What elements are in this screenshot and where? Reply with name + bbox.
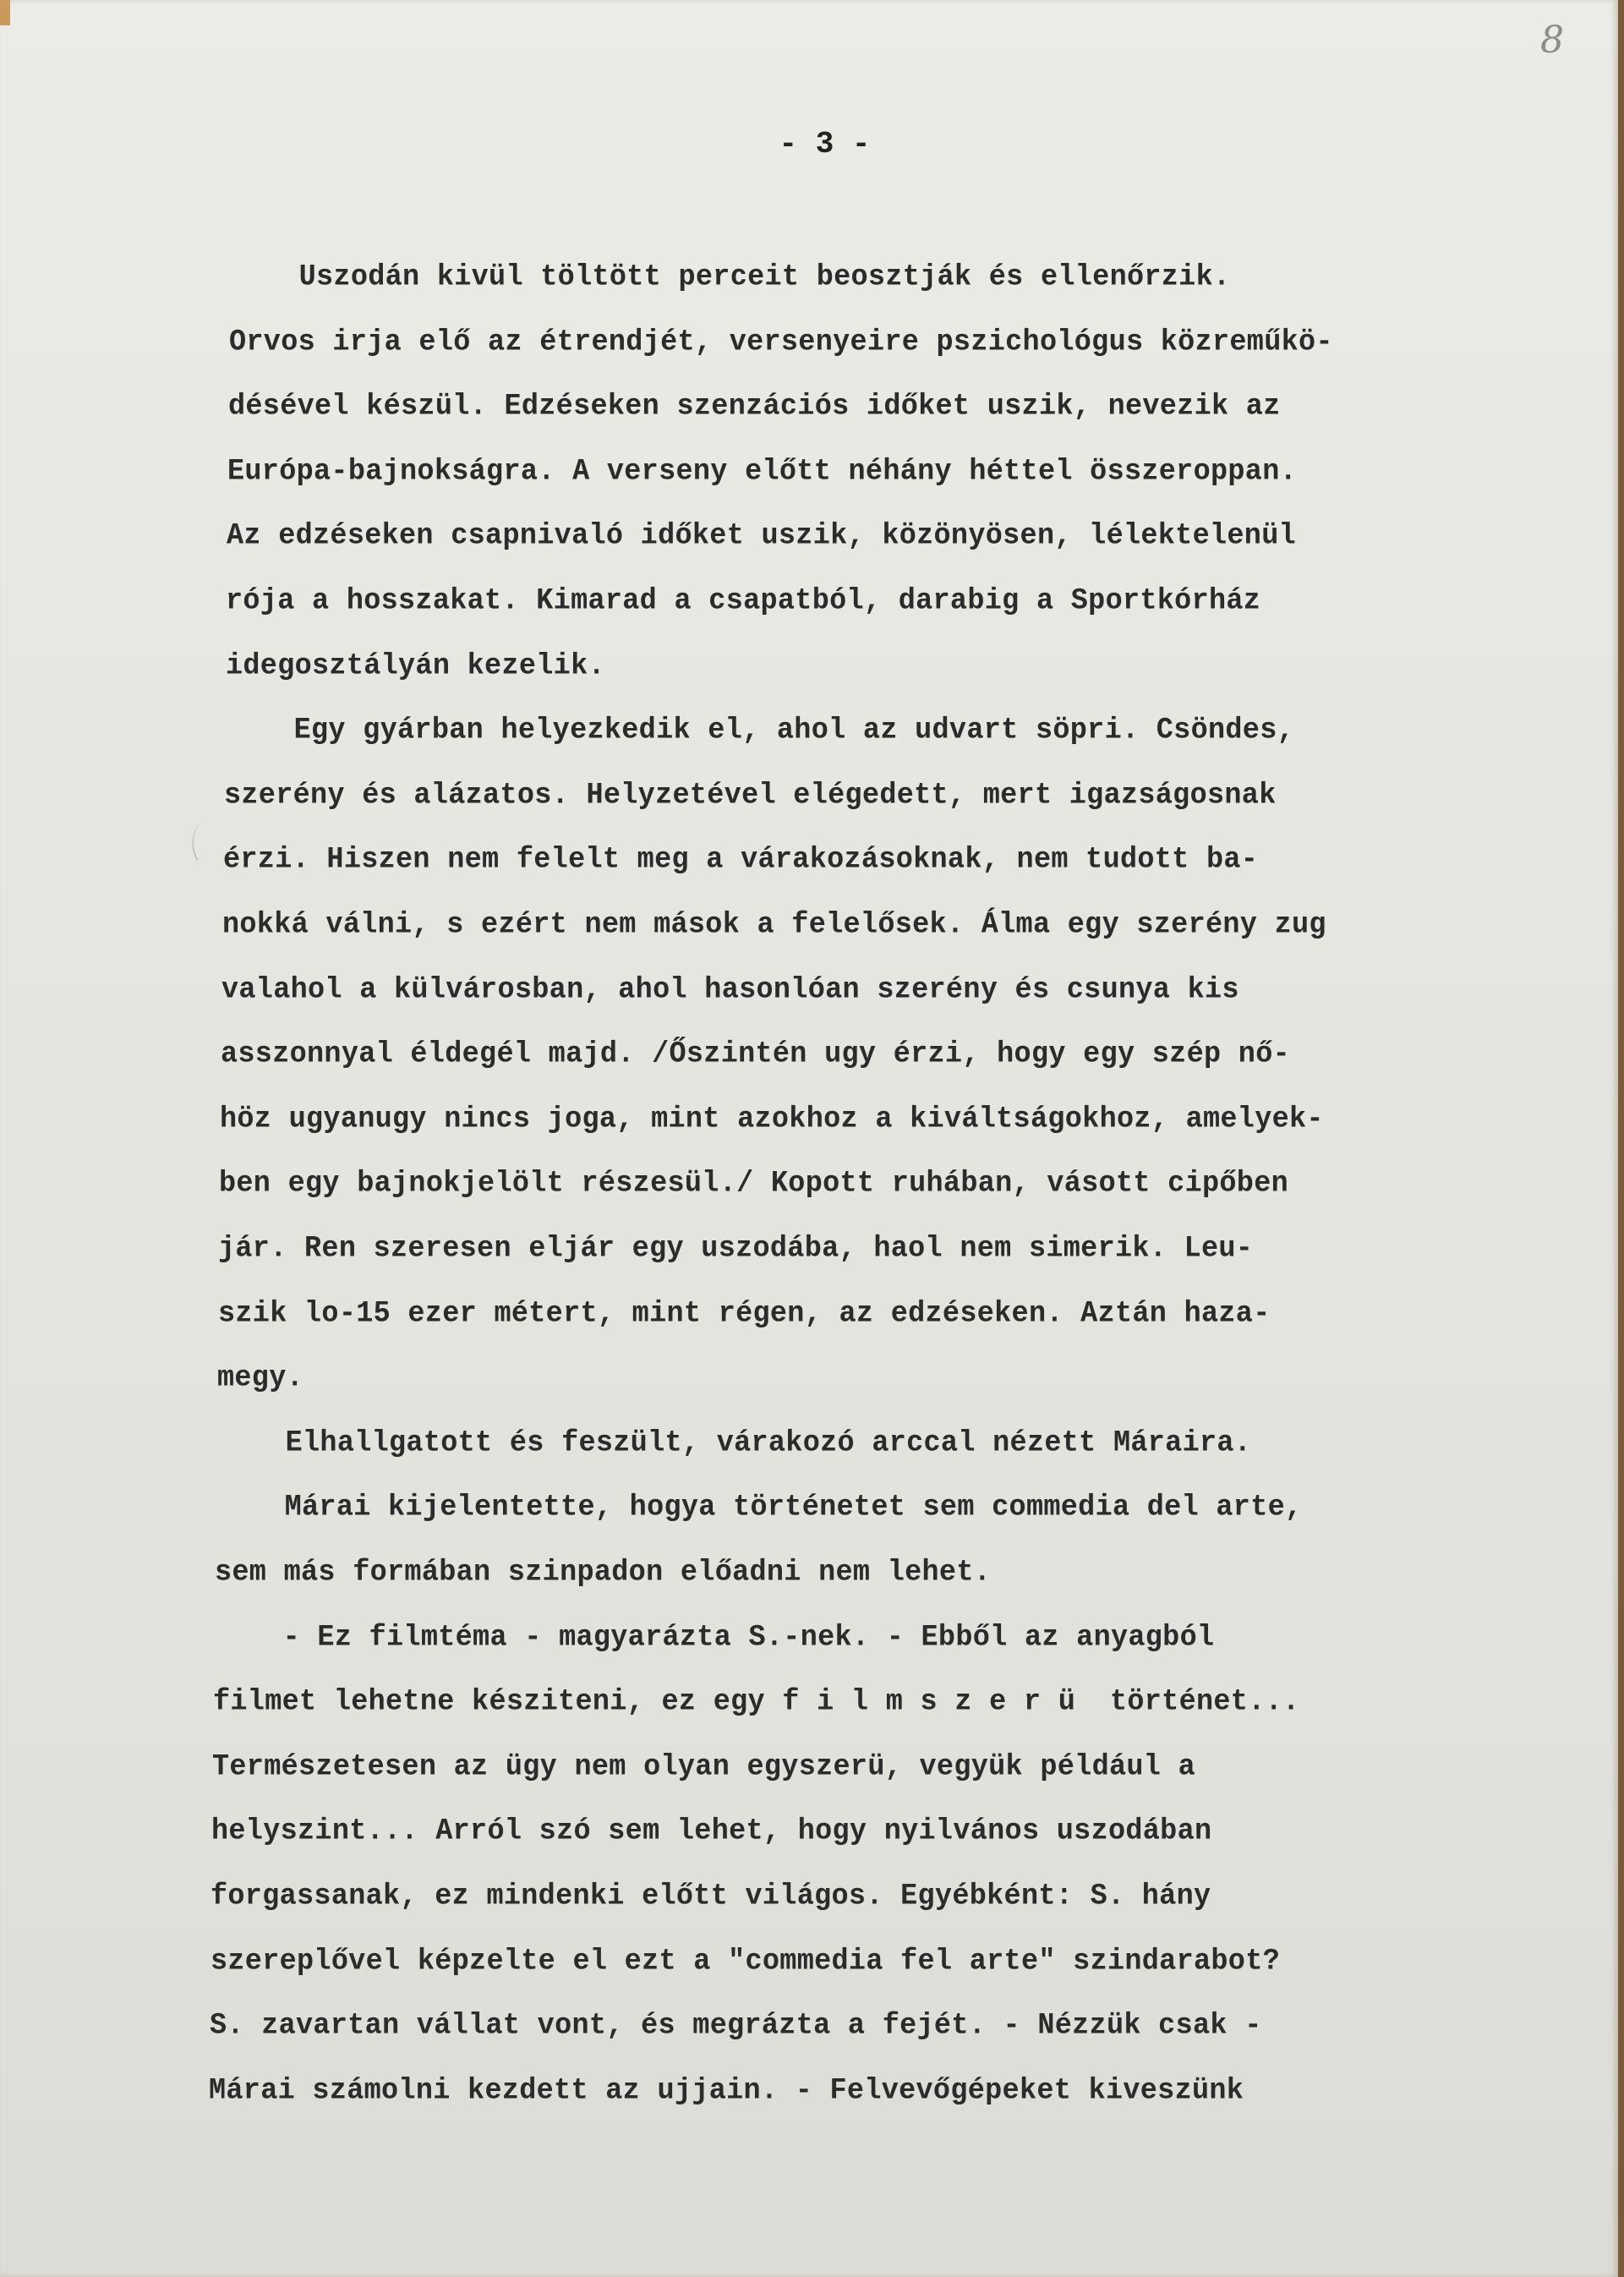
handwritten-folio-number: 8 [1540,19,1564,62]
text-line: idegosztályán kezelik. [226,649,605,683]
text-line: asszonnyal éldegél majd. /Őszintén ugy é… [221,1037,1290,1071]
text-line: filmet lehetne késziteni, ez egy f i l m… [213,1685,1299,1719]
text-line: S. zavartan vállat vont, és megrázta a f… [210,2009,1262,2043]
text-line: szerény és alázatos. Helyzetével elégede… [224,779,1277,813]
text-line: höz ugyanugy nincs joga, mint azokhoz a … [220,1103,1324,1136]
text-line: sem más formában szinpadon előadni nem l… [215,1556,991,1590]
text-line: jár. Ren szeresen eljár egy uszodába, ha… [218,1232,1253,1266]
folded-corner [0,0,10,25]
page-number: - 3 - [0,127,1624,161]
text-line: rója a hosszakat. Kimarad a csapatból, d… [226,584,1260,618]
text-line: désével készül. Edzéseken szenzációs idő… [228,390,1281,424]
margin-pencil-mark [180,813,227,861]
text-line: szik lo-15 ezer métert, mint régen, az e… [218,1297,1271,1331]
text-line: Márai számolni kezdett az ujjain. - Felv… [209,2074,1244,2108]
text-line: Uszodán kivül töltött perceit beosztják … [230,260,1230,294]
text-line: ben egy bajnokjelölt részesül./ Kopott r… [219,1167,1288,1201]
text-line: helyszint... Arról szó sem lehet, hogy n… [211,1814,1211,1848]
text-line: Orvos irja elő az étrendjét, versenyeire… [229,326,1333,359]
text-line: forgassanak, ez mindenki előtt világos. … [211,1880,1211,1913]
text-line: megy. [217,1361,303,1395]
text-line: érzi. Hiszen nem felelt meg a várakozáso… [223,843,1258,877]
text-line: valahol a külvárosban, ahol hasonlóan sz… [221,973,1239,1007]
text-line: - Ez filmtéma - magyarázta S.-nek. - Ebb… [214,1621,1214,1655]
text-line: Márai kijelentette, hogya történetet sem… [216,1491,1302,1524]
text-line: Elhallgatott és feszült, várakozó arccal… [216,1426,1251,1460]
text-line: Európa-bajnokságra. A verseny előtt néhá… [227,455,1297,489]
text-line: Természetesen az ügy nem olyan egyszerü,… [212,1750,1195,1784]
text-line: szereplővel képzelte el ezt a "commedia … [211,1945,1280,1979]
text-line: nokká válni, s ezért nem mások a felelős… [222,908,1326,942]
typewritten-page: 8 - 3 - Uszodán kivül töltött perceit be… [0,0,1618,2277]
text-line: Az edzéseken csapnivaló időket uszik, kö… [227,519,1296,553]
text-line: Egy gyárban helyezkedik el, ahol az udva… [225,714,1294,747]
